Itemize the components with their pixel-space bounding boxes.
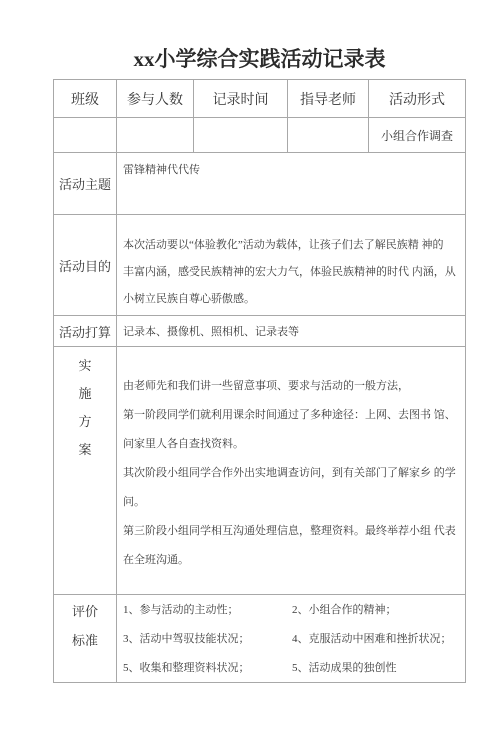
document-page: xx小学综合实践活动记录表 班级 参与人数 记录时间 指导老师 活动形式 小组合…: [0, 0, 500, 747]
criteria-label: 评价 标准: [54, 595, 117, 682]
plan-text-line: 在全班沟通。: [123, 546, 463, 575]
implementation-plan-row: 实 施 方 案 由老师先和我们讲一些留意事项、要求与活动的一般方法， 第一阶段同…: [54, 347, 465, 595]
criteria-item-row: 3、活动中驾驭技能状况； 4、克服活动中困难和挫折状况；: [123, 625, 463, 654]
plan-text-line: 其次阶段小组同学合作外出实地调查访问，到有关部门了解家乡 的学: [123, 459, 463, 488]
criteria-item-row: 5、收集和整理资料状况； 5、活动成果的独创性: [123, 654, 463, 682]
plan-label-char: 方: [54, 408, 116, 436]
plan-text-line: 由老师先和我们讲一些留意事项、要求与活动的一般方法，: [123, 372, 463, 401]
header-cell-participants: 参与人数: [117, 80, 194, 117]
purpose-text-line: 小树立民族自尊心骄傲感。: [123, 286, 463, 313]
plan-label-vertical: 实 施 方 案: [54, 347, 117, 594]
plan-label-char: 实: [54, 352, 116, 380]
activity-purpose-row: 活动目的 本次活动要以“体验教化”活动为载体，让孩子们去了解民族精 神的 丰富内…: [54, 215, 465, 316]
plan-text-line: 第三阶段小组同学相互沟通处理信息，整理资料。最终举荐小组 代表: [123, 517, 463, 546]
plan-content-cell: 由老师先和我们讲一些留意事项、要求与活动的一般方法， 第一阶段同学们就利用课余时…: [117, 347, 465, 594]
plan-label-char: 施: [54, 380, 116, 408]
criteria-item-row: 1、参与活动的主动性； 2、小组合作的精神；: [123, 596, 463, 625]
preparation-content-cell: 记录本、摄像机、照相机、记录表等: [117, 316, 465, 346]
table-entry-row: 小组合作调查: [54, 118, 465, 153]
plan-text-line: 问家里人各自查找资料。: [123, 430, 463, 459]
entry-cell-record-time: [194, 118, 288, 152]
criteria-item: 2、小组合作的精神；: [292, 596, 397, 625]
criteria-item: 5、收集和整理资料状况；: [123, 654, 292, 682]
criteria-item: 5、活动成果的独创性: [292, 654, 397, 682]
evaluation-criteria-row: 评价 标准 1、参与活动的主动性； 2、小组合作的精神； 3、活动中驾驭技能状况…: [54, 595, 465, 682]
theme-content-cell: 雷锋精神代代传: [117, 153, 465, 214]
entry-cell-teacher: [288, 118, 369, 152]
purpose-label: 活动目的: [54, 215, 117, 315]
criteria-item: 3、活动中驾驭技能状况；: [123, 625, 292, 654]
header-cell-activity-form: 活动形式: [369, 80, 465, 117]
entry-cell-activity-form: 小组合作调查: [369, 118, 465, 152]
purpose-text-line: 丰富内涵，感受民族精神的宏大力气，体验民族精神的时代 内涵，从: [123, 259, 463, 286]
activity-theme-row: 活动主题 雷锋精神代代传: [54, 153, 465, 215]
plan-label-char: 案: [54, 436, 116, 464]
entry-cell-participants: [117, 118, 194, 152]
page-title: xx小学综合实践活动记录表: [53, 43, 466, 73]
header-cell-class: 班级: [54, 80, 117, 117]
theme-label: 活动主题: [54, 153, 117, 214]
plan-text-line: 问。: [123, 488, 463, 517]
header-cell-record-time: 记录时间: [194, 80, 288, 117]
preparation-text: 记录本、摄像机、照相机、记录表等: [123, 323, 299, 339]
activity-preparation-row: 活动打算 记录本、摄像机、照相机、记录表等: [54, 316, 465, 347]
plan-text-line: 第一阶段同学们就利用课余时间通过了多种途径：上网、去图书 馆、: [123, 401, 463, 430]
criteria-item: 4、克服活动中困难和挫折状况；: [292, 625, 452, 654]
activity-record-table: 班级 参与人数 记录时间 指导老师 活动形式 小组合作调查 活动主题 雷锋精神代…: [53, 79, 466, 683]
header-cell-teacher: 指导老师: [288, 80, 369, 117]
table-header-row: 班级 参与人数 记录时间 指导老师 活动形式: [54, 80, 465, 118]
criteria-item: 1、参与活动的主动性；: [123, 596, 292, 625]
theme-text: 雷锋精神代代传: [123, 161, 463, 177]
criteria-label-line: 标准: [54, 626, 116, 655]
entry-cell-class: [54, 118, 117, 152]
criteria-label-line: 评价: [54, 597, 116, 626]
purpose-text-line: 本次活动要以“体验教化”活动为载体，让孩子们去了解民族精 神的: [123, 232, 463, 259]
criteria-content-cell: 1、参与活动的主动性； 2、小组合作的精神； 3、活动中驾驭技能状况； 4、克服…: [117, 595, 465, 682]
preparation-label: 活动打算: [54, 316, 117, 346]
purpose-content-cell: 本次活动要以“体验教化”活动为载体，让孩子们去了解民族精 神的 丰富内涵，感受民…: [117, 215, 465, 315]
